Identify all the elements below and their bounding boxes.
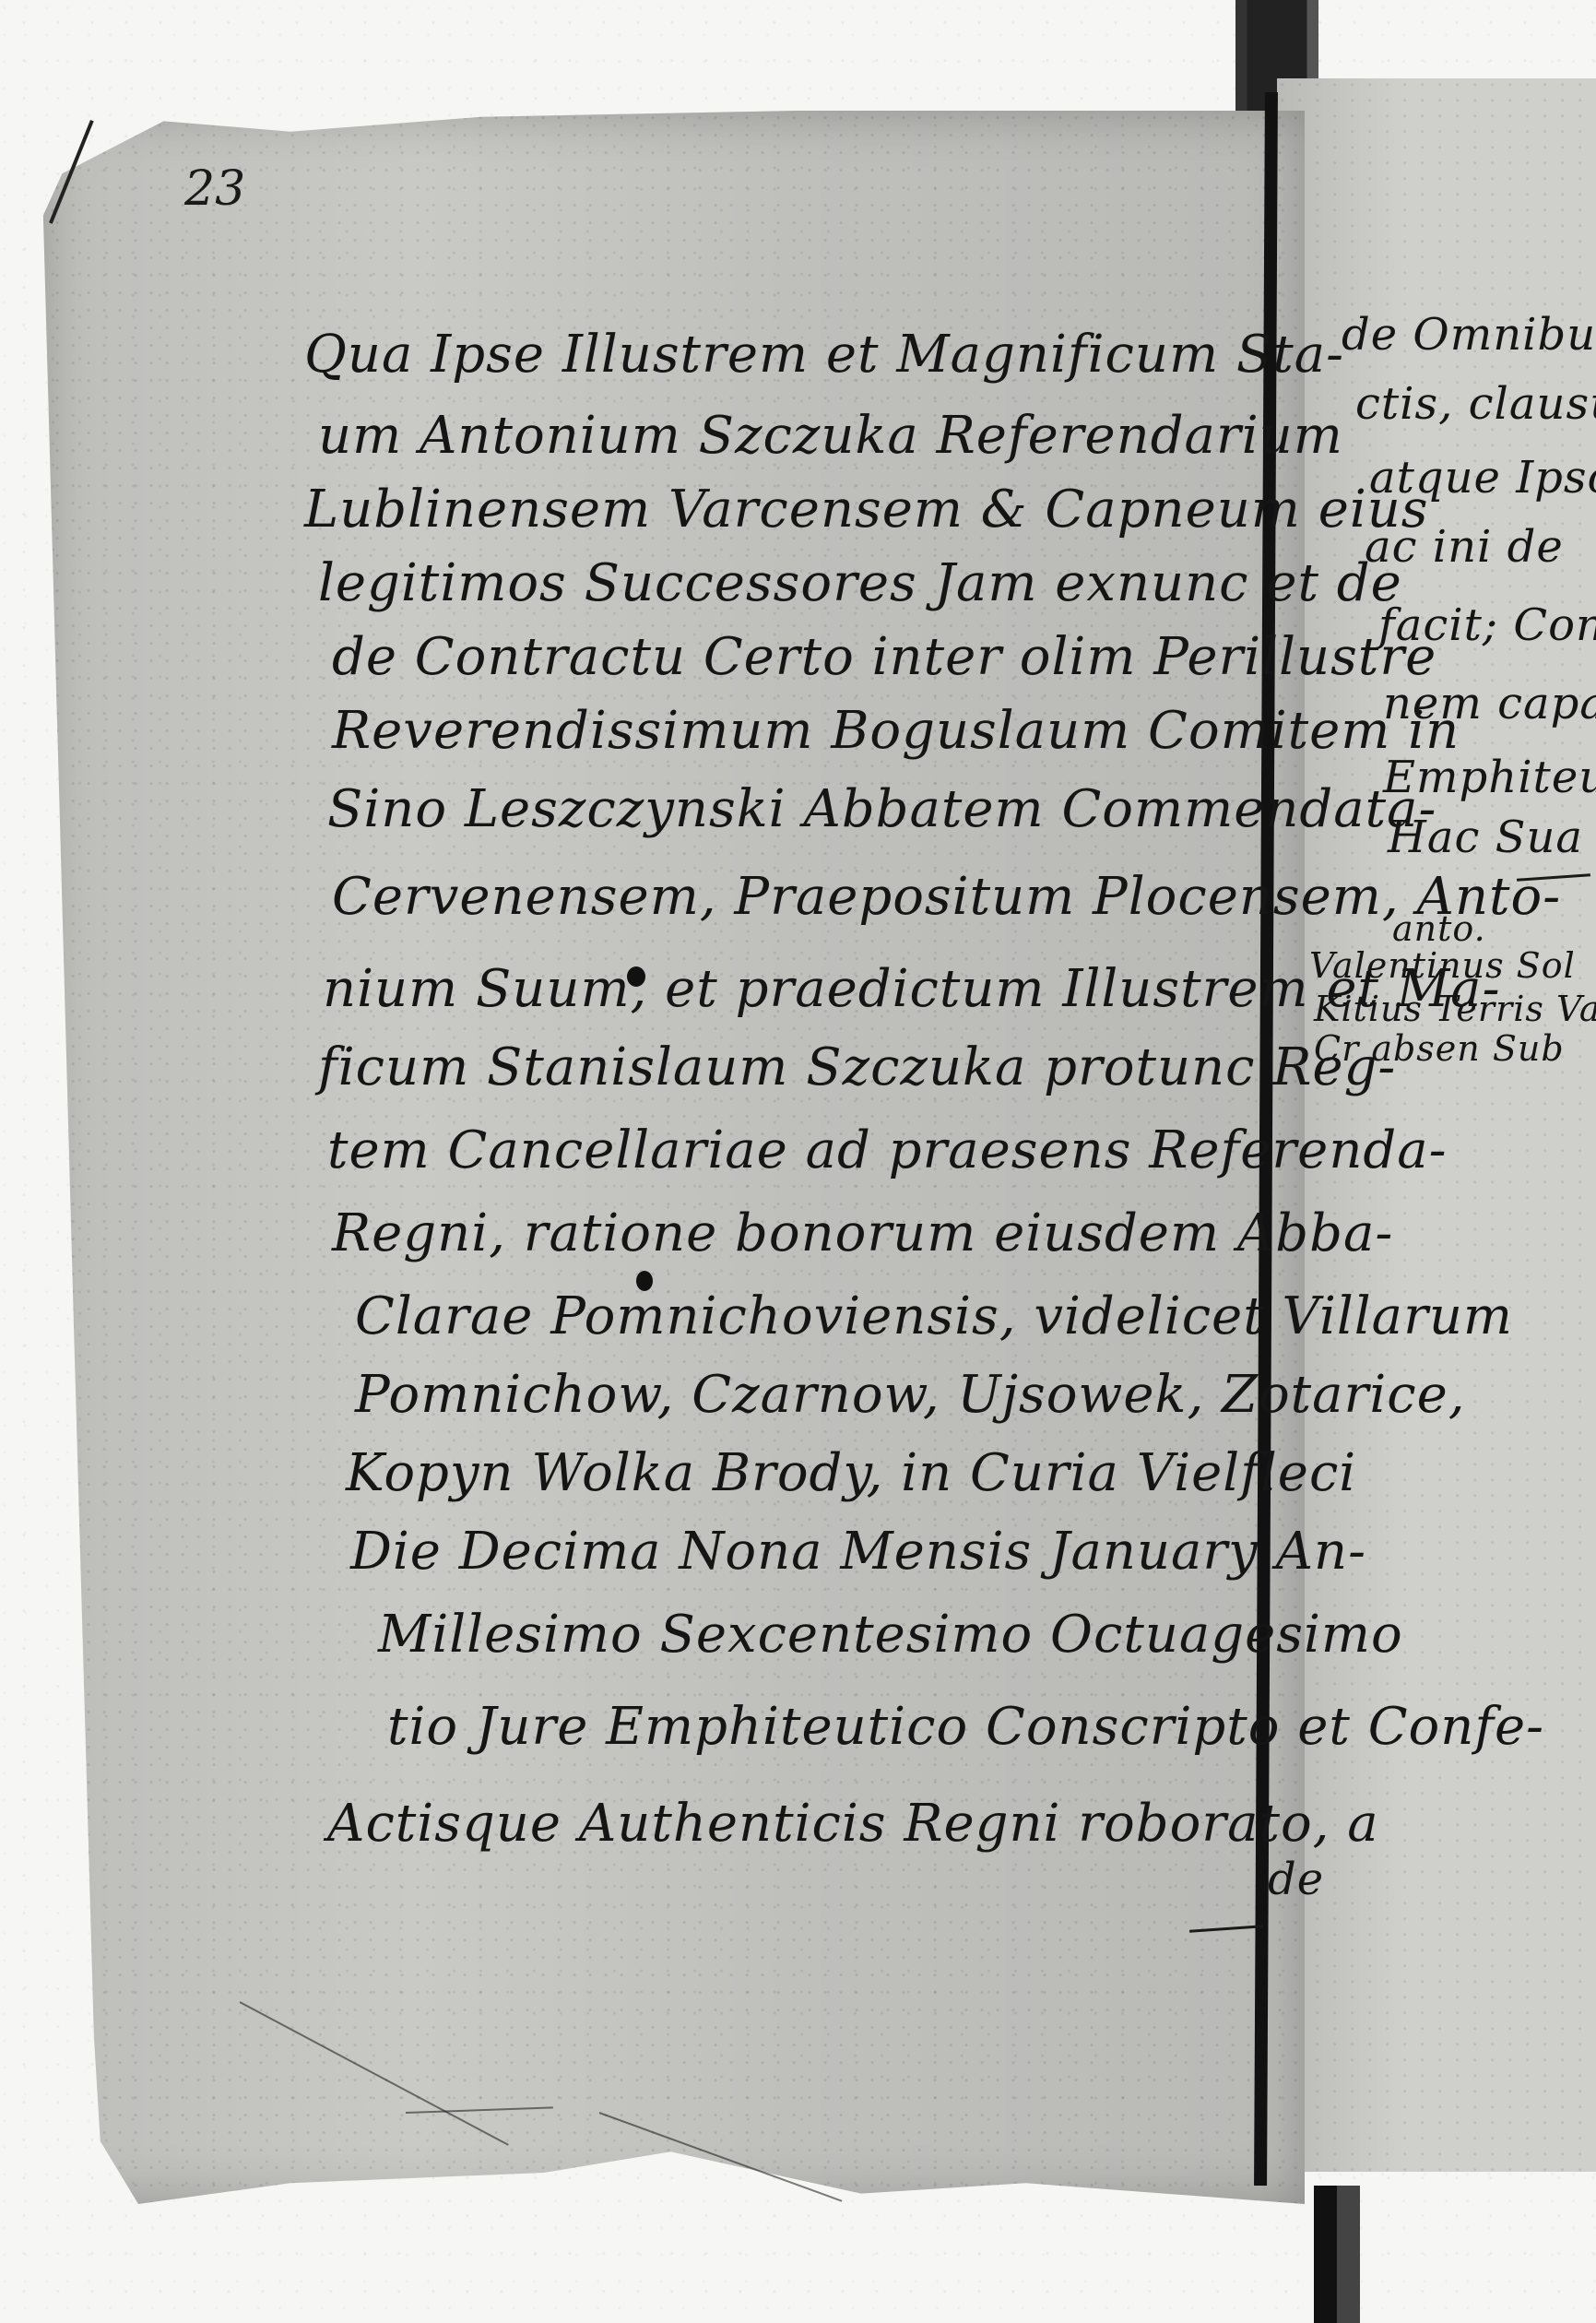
text-line: tem Cancellariae ad praesens Referenda-	[327, 1120, 1448, 1180]
text-line: Hac Sua	[1388, 812, 1583, 863]
text-line: Die Decima Nona Mensis January An-	[350, 1522, 1366, 1582]
text-line: Reverendissimum Boguslaum Comitem in	[332, 701, 1460, 761]
text-line: Regni, ratione bonorum eiusdem Abba-	[332, 1203, 1393, 1263]
text-line: Emphiteut	[1383, 752, 1596, 803]
signature-line: anto.	[1392, 908, 1486, 949]
signature-line: Cr absen Sub	[1314, 1028, 1565, 1069]
text-line: de Contractu Certo inter olim Perillustr…	[332, 627, 1436, 687]
binding-strip-bottom	[1314, 2186, 1360, 2323]
text-line: nem capa	[1383, 678, 1596, 729]
text-line: facit; Cont	[1378, 599, 1596, 651]
text-line: Clarae Pomnichoviensis, videlicet Villar…	[355, 1286, 1513, 1346]
signature-line: Valentinus Sol	[1309, 945, 1576, 986]
text-line: ctis, clausu	[1355, 378, 1596, 430]
text-line: Qua Ipse Illustrem et Magnificum Sta-	[304, 325, 1344, 385]
text-line: de Omnibus	[1342, 309, 1596, 361]
text-line: Pomnichow, Czarnow, Ujsowek, Zotarice,	[355, 1365, 1466, 1425]
text-line: ac ini de	[1365, 521, 1564, 573]
text-line: Kopyn Wolka Brody, in Curia Vielfleci	[346, 1443, 1356, 1503]
text-line: atque Ipso	[1369, 452, 1596, 504]
text-line: ficum Stanislaum Szczuka protunc Reg-	[318, 1037, 1396, 1097]
text-line: legitimos Successores Jam exnunc et de	[318, 553, 1402, 613]
text-line: Actisque Authenticis Regni roborato, a	[327, 1794, 1379, 1854]
text-line: Lublinensem Varcensem & Capneum eius	[304, 480, 1429, 539]
folio-number: 23	[184, 161, 245, 217]
text-line: Millesimo Sexcentesimo Octuagesimo	[378, 1605, 1403, 1665]
text-line: tio Jure Emphiteutico Conscripto et Conf…	[387, 1697, 1544, 1757]
text-line: de	[1268, 1854, 1324, 1905]
text-line: Cervenensem, Praepositum Plocensem, Anto…	[332, 867, 1561, 927]
text-line: um Antonium Szczuka Referendarium	[318, 406, 1343, 466]
signature-line: Kitius Terris Var	[1314, 989, 1596, 1029]
text-line: Sino Leszczynski Abbatem Commendata-	[327, 779, 1436, 839]
